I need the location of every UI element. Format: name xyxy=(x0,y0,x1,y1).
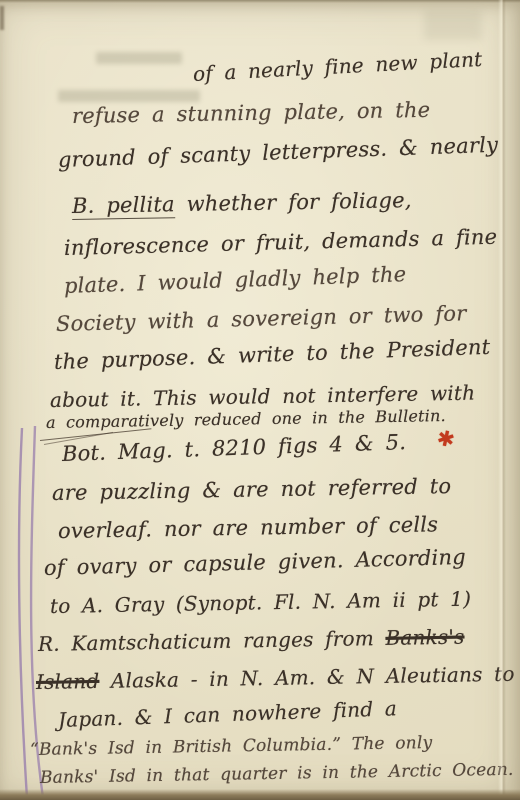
line-text: whether for foliage, xyxy=(175,188,412,216)
struck-word: Banks's xyxy=(385,625,464,650)
manuscript-line-reference: Bot. Mag. t. 8210 figs 4 & 5. xyxy=(62,430,407,466)
paper-edge-notch xyxy=(0,6,4,30)
manuscript-line: of ovary or capsule given. According xyxy=(44,545,466,580)
manuscript-line: Banks' Isd in that quarter is in the Arc… xyxy=(40,760,514,788)
manuscript-line: B. pellita whether for foliage, xyxy=(72,188,412,218)
show-through-smudge xyxy=(424,10,482,40)
manuscript-line: Japan. & I can nowhere find a xyxy=(58,696,398,732)
paper-crease xyxy=(498,0,506,800)
manuscript-line: Society with a sovereign or two for xyxy=(56,301,467,336)
species-name-underlined: B. pellita xyxy=(72,192,175,220)
paper-edge-shadow-bottom xyxy=(0,789,520,800)
struck-word: Island xyxy=(36,669,100,694)
manuscript-line: “Bank's Isd in British Columbia.” The on… xyxy=(30,733,433,760)
manuscript-line: refuse a stunning plate, on the xyxy=(72,98,431,128)
manuscript-line: plate. I would gladly help the xyxy=(64,262,407,298)
manuscript-line: are puzzling & are not referred to xyxy=(52,474,452,505)
manuscript-line: overleaf. nor are number of cells xyxy=(58,512,439,543)
manuscript-line: Island Alaska - in N. Am. & N Aleutians … xyxy=(36,662,515,694)
line-text: Alaska - in N. Am. & N Aleutians to xyxy=(99,662,515,693)
manuscript-line: R. Kamtschaticum ranges from Banks's xyxy=(38,625,465,656)
red-asterisk-mark: ✱ xyxy=(435,425,457,452)
manuscript-line: inflorescence or fruit, demands a fine xyxy=(64,225,498,260)
show-through-smudge xyxy=(96,52,182,64)
manuscript-line-insertion: of a nearly fine new plant xyxy=(192,47,483,86)
line-text: R. Kamtschaticum ranges from xyxy=(38,626,386,656)
manuscript-line-citation: to A. Gray (Synopt. Fl. N. Am ii pt 1) xyxy=(50,587,472,618)
paper-edge-shadow-top xyxy=(0,0,520,3)
manuscript-page: of a nearly fine new plant refuse a stun… xyxy=(0,0,520,800)
show-through-smudge xyxy=(58,90,200,102)
manuscript-line: ground of scanty letterpress. & nearly xyxy=(58,133,499,172)
manuscript-line: the purpose. & write to the President xyxy=(54,335,491,374)
